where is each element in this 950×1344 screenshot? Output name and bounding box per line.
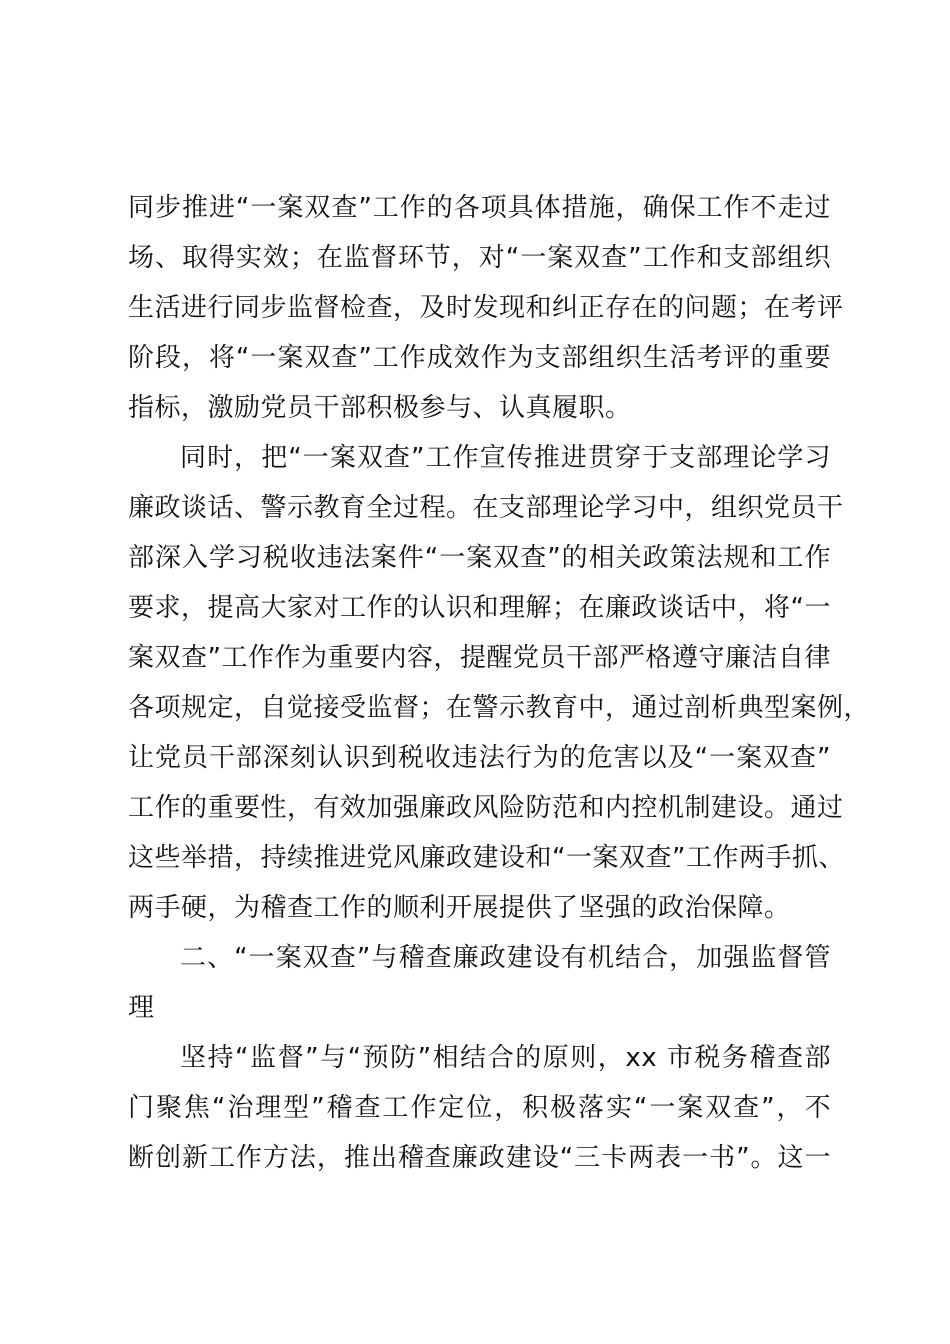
text-line: 工作的重要性，有效加强廉政风险防范和内控机制建设。通过	[128, 783, 831, 833]
text-line: 门聚焦“治理型”稽查工作定位，积极落实“一案双查”，不	[128, 1083, 831, 1133]
text-line: 廉政谈话、警示教育全过程。在支部理论学习中，组织党员干	[128, 483, 831, 533]
text-line: 指标，激励党员干部积极参与、认真履职。	[128, 383, 831, 433]
text-line: 生活进行同步监督检查，及时发现和纠正存在的问题；在考评	[128, 283, 831, 333]
text-line: 两手硬，为稽查工作的顺利开展提供了坚强的政治保障。	[128, 883, 831, 933]
section-heading: 二、“一案双查”与稽查廉政建设有机结合，加强监督管 理	[128, 933, 831, 1033]
text-line: 各项规定，自觉接受监督；在警示教育中，通过剖析典型案例，	[128, 683, 831, 733]
paragraph-2: 同时，把“一案双查”工作宣传推进贯穿于支部理论学习 廉政谈话、警示教育全过程。在…	[128, 433, 831, 933]
text-line: 断创新工作方法，推出稽查廉政建设“三卡两表一书”。这一	[128, 1133, 831, 1183]
text-line: 要求，提高大家对工作的认识和理解；在廉政谈话中，将“一	[128, 583, 831, 633]
text-line: 阶段，将“一案双查”工作成效作为支部组织生活考评的重要	[128, 333, 831, 383]
text-line: 坚持“监督”与“预防”相结合的原则，xx 市税务稽查部	[128, 1033, 831, 1083]
paragraph-3: 坚持“监督”与“预防”相结合的原则，xx 市税务稽查部 门聚焦“治理型”稽查工作…	[128, 1033, 831, 1183]
text-line: 场、取得实效；在监督环节，对“一案双查”工作和支部组织	[128, 233, 831, 283]
text-line: 部深入学习税收违法案件“一案双查”的相关政策法规和工作	[128, 533, 831, 583]
document-page: 同步推进“一案双查”工作的各项具体措施，确保工作不走过 场、取得实效；在监督环节…	[0, 0, 950, 1344]
text-line: 同步推进“一案双查”工作的各项具体措施，确保工作不走过	[128, 183, 831, 233]
heading-line: 二、“一案双查”与稽查廉政建设有机结合，加强监督管	[128, 933, 831, 983]
text-line: 让党员干部深刻认识到税收违法行为的危害以及“一案双查”	[128, 733, 831, 783]
text-line: 同时，把“一案双查”工作宣传推进贯穿于支部理论学习	[128, 433, 831, 483]
text-line: 案双查”工作作为重要内容，提醒党员干部严格遵守廉洁自律	[128, 633, 831, 683]
text-line: 这些举措，持续推进党风廉政建设和“一案双查”工作两手抓、	[128, 833, 831, 883]
heading-line: 理	[128, 983, 831, 1033]
document-body: 同步推进“一案双查”工作的各项具体措施，确保工作不走过 场、取得实效；在监督环节…	[128, 183, 831, 1183]
paragraph-1: 同步推进“一案双查”工作的各项具体措施，确保工作不走过 场、取得实效；在监督环节…	[128, 183, 831, 433]
